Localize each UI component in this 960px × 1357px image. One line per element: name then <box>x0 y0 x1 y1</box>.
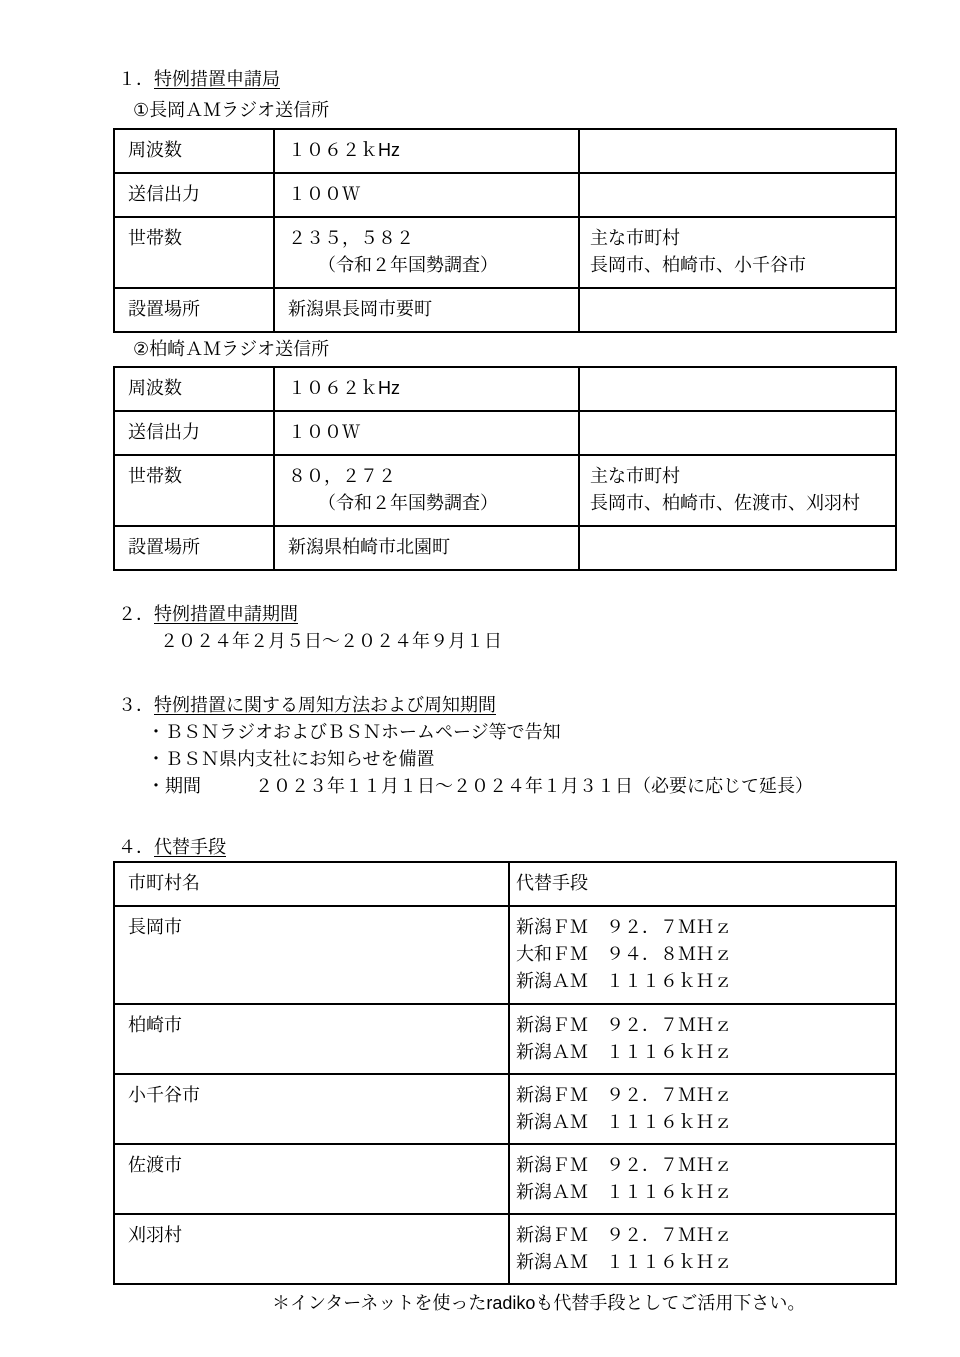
households-value-cell: ８０，２７２ （令和２年国勢調査） <box>274 455 579 526</box>
households-row: 世帯数 ２３５，５８２ （令和２年国勢調査） 主な市町村 長岡市、柏崎市、小千谷… <box>114 217 896 288</box>
station-2-table: 周波数 １０６２ｋHz 送信出力 １００Ｗ 世帯数 ８０，２７２ （令和２年国勢… <box>113 366 897 571</box>
frequency-label-cell: 周波数 <box>114 367 274 411</box>
power-row: 送信出力 １００Ｗ <box>114 173 896 217</box>
alternative-line: 新潟ＡＭ １１１６ｋＨｚ <box>516 1179 889 1206</box>
municipalities-cell: 主な市町村 長岡市、柏崎市、佐渡市、刈羽村 <box>579 455 896 526</box>
municipality-name-cell: 小千谷市 <box>114 1074 509 1144</box>
section-1-title: 特例措置申請局 <box>154 69 280 89</box>
section-1-heading: １．特例措置申請局 <box>118 66 895 93</box>
alternative-line: 新潟ＦＭ ９２．７ＭＨｚ <box>516 1012 889 1039</box>
alternative-line: 新潟ＡＭ １１１６ｋＨｚ <box>516 968 889 995</box>
municipalities-title: 主な市町村 <box>590 225 889 252</box>
location-row: 設置場所 新潟県柏崎市北園町 <box>114 526 896 570</box>
section-4-heading: ４．代替手段 <box>118 834 895 861</box>
alternatives-table: 市町村名 代替手段 長岡市 新潟ＦＭ ９２．７ＭＨｚ 大和ＦＭ ９４．８ＭＨｚ … <box>113 861 897 1285</box>
frequency-row: 周波数 １０６２ｋHz <box>114 367 896 411</box>
municipality-name-cell: 長岡市 <box>114 906 509 1004</box>
power-value-cell: １００Ｗ <box>274 411 579 455</box>
application-period: ２０２４年２月５日～２０２４年９月１日 <box>160 628 895 655</box>
households-census-note: （令和２年国勢調査） <box>288 490 572 517</box>
alternatives-cell: 新潟ＦＭ ９２．７ＭＨｚ 新潟ＡＭ １１１６ｋＨｚ <box>509 1214 896 1284</box>
municipality-name-cell: 柏崎市 <box>114 1004 509 1074</box>
municipality-name-cell: 佐渡市 <box>114 1144 509 1214</box>
location-row: 設置場所 新潟県長岡市要町 <box>114 288 896 332</box>
alternative-line: 新潟ＡＭ １１１６ｋＨｚ <box>516 1039 889 1066</box>
frequency-value-cell: １０６２ｋHz <box>274 367 579 411</box>
section-3-title: 特例措置に関する周知方法および周知期間 <box>154 695 496 715</box>
radiko-footnote: ＊インターネットを使ったradikoも代替手段としてご活用下さい。 <box>272 1290 895 1317</box>
frequency-label-cell: 周波数 <box>114 129 274 173</box>
alternative-line: 新潟ＦＭ ９２．７ＭＨｚ <box>516 1152 889 1179</box>
station-1-table: 周波数 １０６２ｋHz 送信出力 １００Ｗ 世帯数 ２３５，５８２ （令和２年国… <box>113 128 897 333</box>
power-label-cell: 送信出力 <box>114 411 274 455</box>
section-3-number: ３． <box>118 695 154 715</box>
alternatives-header-row: 市町村名 代替手段 <box>114 862 896 906</box>
households-row: 世帯数 ８０，２７２ （令和２年国勢調査） 主な市町村 長岡市、柏崎市、佐渡市、… <box>114 455 896 526</box>
alternatives-cell: 新潟ＦＭ ９２．７ＭＨｚ 新潟ＡＭ １１１６ｋＨｚ <box>509 1074 896 1144</box>
location-label-cell: 設置場所 <box>114 288 274 332</box>
frequency-note-cell <box>579 367 896 411</box>
location-value-cell: 新潟県長岡市要町 <box>274 288 579 332</box>
location-note-cell <box>579 526 896 570</box>
alternatives-column-header: 代替手段 <box>509 862 896 906</box>
municipality-column-header: 市町村名 <box>114 862 509 906</box>
section-4-number: ４． <box>118 837 154 857</box>
table-row: 長岡市 新潟ＦＭ ９２．７ＭＨｚ 大和ＦＭ ９４．８ＭＨｚ 新潟ＡＭ １１１６ｋ… <box>114 906 896 1004</box>
power-label-cell: 送信出力 <box>114 173 274 217</box>
households-count: ８０，２７２ <box>288 463 572 490</box>
alternative-line: 新潟ＦＭ ９２．７ＭＨｚ <box>516 1082 889 1109</box>
alternatives-cell: 新潟ＦＭ ９２．７ＭＨｚ 大和ＦＭ ９４．８ＭＨｚ 新潟ＡＭ １１１６ｋＨｚ <box>509 906 896 1004</box>
section-1-number: １． <box>118 69 154 89</box>
table-row: 佐渡市 新潟ＦＭ ９２．７ＭＨｚ 新潟ＡＭ １１１６ｋＨｚ <box>114 1144 896 1214</box>
power-note-cell <box>579 173 896 217</box>
section-2-number: ２． <box>118 604 154 624</box>
table-row: 刈羽村 新潟ＦＭ ９２．７ＭＨｚ 新潟ＡＭ １１１６ｋＨｚ <box>114 1214 896 1284</box>
power-note-cell <box>579 411 896 455</box>
station-1-label: ①長岡ＡＭラジオ送信所 <box>133 97 895 124</box>
frequency-value-cell: １０６２ｋHz <box>274 129 579 173</box>
alternative-line: 新潟ＡＭ １１１６ｋＨｚ <box>516 1249 889 1276</box>
notice-method-item: ・ＢＳＮラジオおよびＢＳＮホームページ等で告知 <box>147 719 895 746</box>
notice-period-item: ・期間 ２０２３年１１月１日～２０２４年１月３１日（必要に応じて延長） <box>147 773 895 800</box>
frequency-row: 周波数 １０６２ｋHz <box>114 129 896 173</box>
households-count: ２３５，５８２ <box>288 225 572 252</box>
municipality-name-cell: 刈羽村 <box>114 1214 509 1284</box>
power-row: 送信出力 １００Ｗ <box>114 411 896 455</box>
station-2-label: ②柏崎ＡＭラジオ送信所 <box>133 336 895 363</box>
alternatives-cell: 新潟ＦＭ ９２．７ＭＨｚ 新潟ＡＭ １１１６ｋＨｚ <box>509 1144 896 1214</box>
document-page: １．特例措置申請局 ①長岡ＡＭラジオ送信所 周波数 １０６２ｋHz 送信出力 １… <box>113 0 895 1317</box>
alternative-line: 新潟ＦＭ ９２．７ＭＨｚ <box>516 914 889 941</box>
municipalities-list: 長岡市、柏崎市、小千谷市 <box>590 252 889 279</box>
households-census-note: （令和２年国勢調査） <box>288 252 572 279</box>
alternatives-cell: 新潟ＦＭ ９２．７ＭＨｚ 新潟ＡＭ １１１６ｋＨｚ <box>509 1004 896 1074</box>
households-value-cell: ２３５，５８２ （令和２年国勢調査） <box>274 217 579 288</box>
frequency-note-cell <box>579 129 896 173</box>
households-label-cell: 世帯数 <box>114 455 274 526</box>
notice-method-item: ・ＢＳＮ県内支社にお知らせを備置 <box>147 746 895 773</box>
municipalities-list: 長岡市、柏崎市、佐渡市、刈羽村 <box>590 490 889 517</box>
municipalities-cell: 主な市町村 長岡市、柏崎市、小千谷市 <box>579 217 896 288</box>
location-note-cell <box>579 288 896 332</box>
municipalities-title: 主な市町村 <box>590 463 889 490</box>
table-row: 小千谷市 新潟ＦＭ ９２．７ＭＨｚ 新潟ＡＭ １１１６ｋＨｚ <box>114 1074 896 1144</box>
section-4-title: 代替手段 <box>154 837 226 857</box>
section-2-title: 特例措置申請期間 <box>154 604 298 624</box>
alternative-line: 新潟ＦＭ ９２．７ＭＨｚ <box>516 1222 889 1249</box>
location-label-cell: 設置場所 <box>114 526 274 570</box>
section-2-heading: ２．特例措置申請期間 <box>118 601 895 628</box>
power-value-cell: １００Ｗ <box>274 173 579 217</box>
location-value-cell: 新潟県柏崎市北園町 <box>274 526 579 570</box>
households-label-cell: 世帯数 <box>114 217 274 288</box>
table-row: 柏崎市 新潟ＦＭ ９２．７ＭＨｚ 新潟ＡＭ １１１６ｋＨｚ <box>114 1004 896 1074</box>
section-3-heading: ３．特例措置に関する周知方法および周知期間 <box>118 692 895 719</box>
alternative-line: 新潟ＡＭ １１１６ｋＨｚ <box>516 1109 889 1136</box>
alternative-line: 大和ＦＭ ９４．８ＭＨｚ <box>516 941 889 968</box>
